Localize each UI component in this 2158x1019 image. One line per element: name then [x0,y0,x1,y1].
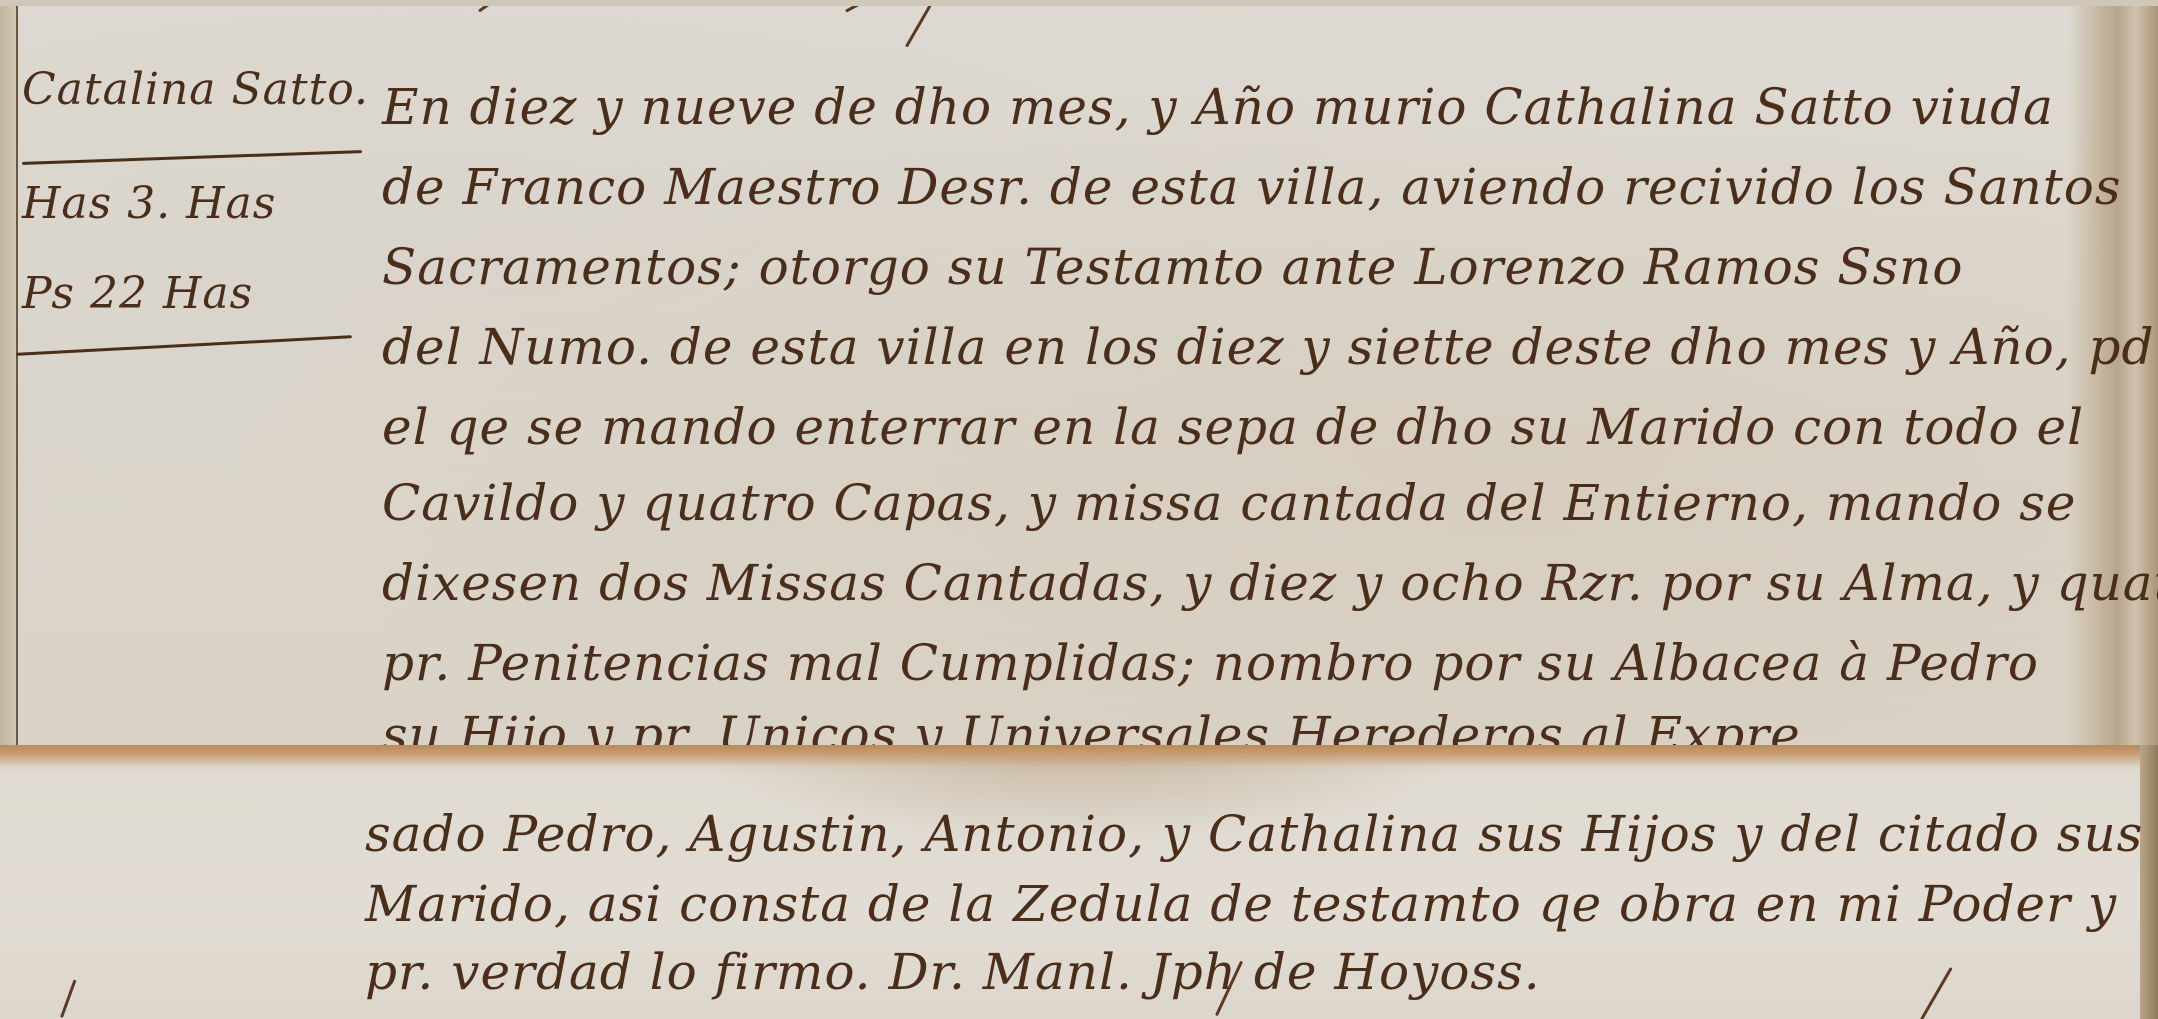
ink-stroke [478,0,512,12]
entry-line: pr. Penitencias mal Cumplidas; nombro po… [382,634,2039,692]
entry-continuation-line: sado Pedro, Agustin, Antonio, y Cathalin… [365,805,2143,863]
manuscript-upper-section: Catalina Satto. Has 3. Has Ps 22 Has En … [0,0,2158,751]
manuscript-page: Catalina Satto. Has 3. Has Ps 22 Has En … [0,0,2158,1019]
margin-fees-line-1: Has 3. Has [22,178,276,229]
margin-fees-line-2: Ps 22 Has [22,268,253,319]
margin-name: Catalina Satto. [22,64,369,115]
entry-line: En diez y nueve de dho mes, y Año murio … [382,78,2054,136]
entry-continuation-line: Marido, asi consta de la Zedula de testa… [365,875,2117,933]
page-left-edge [0,6,18,751]
ink-flourish [1920,967,1953,1019]
entry-line: Sacramentos; otorgo su Testamto ante Lor… [382,238,1963,296]
book-binding-edge-lower [2140,745,2158,1019]
ink-flourish [60,979,76,1018]
entry-line: el qe se mando enterrar en la sepa de dh… [382,398,2084,456]
margin-underline [22,150,362,165]
entry-line: Cavildo y quatro Capas, y missa cantada … [382,474,2077,532]
ink-stroke [845,0,869,13]
ink-stroke [905,0,938,48]
book-binding-edge [2068,6,2158,751]
entry-line: de Franco Maestro Desr. de esta villa, a… [382,158,2122,216]
entry-line: del Numo. de esta villa en los diez y si… [382,318,2158,376]
manuscript-lower-section: sado Pedro, Agustin, Antonio, y Cathalin… [0,745,2158,1019]
paper-tear-edge [0,745,2158,767]
margin-underline-2 [16,335,352,356]
entry-signature-line: pr. verdad lo firmo. Dr. Manl. Jph de Ho… [365,943,1541,1001]
entry-line: dixesen dos Missas Cantadas, y diez y oc… [382,554,2158,612]
